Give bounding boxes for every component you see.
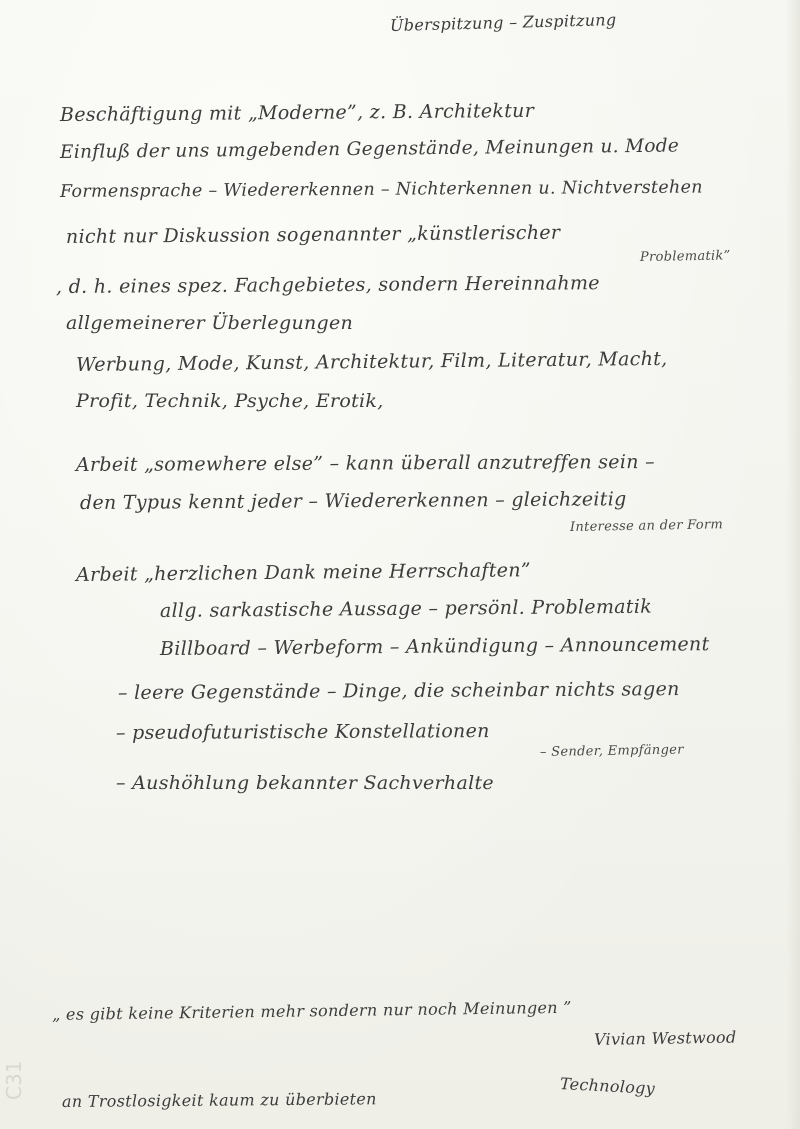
note-line-6: allgemeinerer Überlegungen: [66, 312, 353, 334]
annotation-interesse: Interesse an der Form: [570, 517, 723, 535]
note-line-5: , d. h. eines spez. Fachgebietes, sonder…: [56, 272, 600, 298]
note-line-8: Profit, Technik, Psyche, Erotik,: [76, 390, 384, 412]
page-stamp: C31: [2, 1061, 26, 1100]
annotation-problematik: Problematik”: [640, 248, 731, 265]
footer-note: an Trostlosigkeit kaum zu überbieten: [62, 1089, 377, 1111]
note-line-14: – leere Gegenstände – Dinge, die scheinb…: [118, 678, 680, 704]
quote-author: Vivian Westwood: [594, 1028, 737, 1049]
note-line-10: den Typus kennt jeder – Wiedererkennen –…: [80, 488, 627, 514]
annotation-sender: – Sender, Empfänger: [540, 742, 684, 760]
note-line-16: – Aushöhlung bekannter Sachverhalte: [116, 772, 494, 794]
note-line-12: allg. sarkastische Aussage – persönl. Pr…: [160, 596, 652, 622]
note-line-1: Beschäftigung mit „Moderne”, z. B. Archi…: [60, 100, 534, 126]
paper-edge-shadow: [786, 0, 800, 1129]
note-line-15: – pseudofuturistische Konstellationen: [116, 720, 490, 744]
note-line-4: nicht nur Diskussion sogenannter „künstl…: [66, 222, 560, 248]
note-line-9: Arbeit „somewhere else” – kann überall a…: [76, 451, 655, 476]
